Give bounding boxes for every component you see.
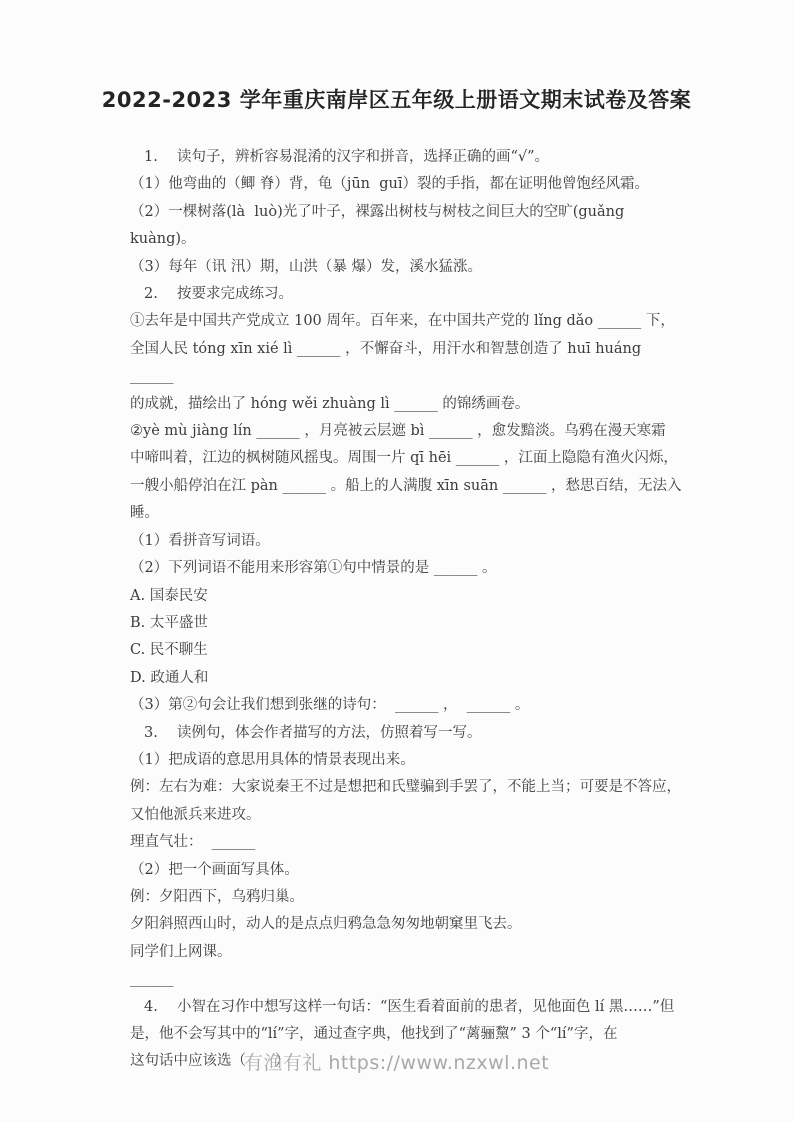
question-1-stem: 1. 读句子，辨析容易混淆的汉字和拼音，选择正确的画“√”。 — [130, 144, 689, 171]
q3-example-1-line-1: 例：左右为难：大家说秦王不过是想把和氏璧骗到手罢了，不能上当；可要是不答应， — [130, 774, 689, 801]
q2-sub-question-2: （2）下列词语不能用来形容第①句中情景的是 ______ 。 — [130, 555, 689, 582]
q2-passage-2-line-4: 睡。 — [130, 500, 689, 527]
q1-item-1: （1）他弯曲的（鲫 脊）背，龟（jūn guī）裂的手指，都在证明他曾饱经风霜。 — [130, 171, 689, 198]
page-title: 2022-2023 学年重庆南岸区五年级上册语文期末试卷及答案 — [0, 0, 793, 114]
watermark-footer: 有渔有礼 https://www.nzxwl.net — [0, 1048, 793, 1075]
question-2-stem: 2. 按要求完成练习。 — [130, 281, 689, 308]
q3-answer-blank-1: 理直气壮： ______ — [130, 829, 689, 856]
question-4-line-1: 4. 小智在习作中想写这样一句话：“医生看着面前的患者，见他面色 lí 黑……”… — [130, 994, 689, 1021]
q2-passage-2-line-1: ②yè mù jiàng lín ______ ，月亮被云层遮 bì _____… — [130, 418, 689, 445]
q3-sub-question-2: （2）把一个画面写具体。 — [130, 857, 689, 884]
q3-sub-question-1: （1）把成语的意思用具体的情景表现出来。 — [130, 747, 689, 774]
q2-passage-2-line-3: 一艘小船停泊在江 pàn ______ 。船上的人满腹 xīn suān ___… — [130, 473, 689, 500]
q3-example-2-expansion: 夕阳斜照西山时，动人的是点点归鸦急急匆匆地朝窠里飞去。 — [130, 911, 689, 938]
question-4-line-2: 是，他不会写其中的“lí”字，通过查字典，他找到了“蓠骊黧” 3 个“lí”字，… — [130, 1021, 689, 1048]
q2-option-d: D. 政通人和 — [130, 665, 689, 692]
q1-item-2: （2）一棵树落(là luò)光了叶子，裸露出树枝与树枝之间巨大的空旷(guǎn… — [130, 199, 689, 254]
q3-example-2: 例：夕阳西下，乌鸦归巢。 — [130, 884, 689, 911]
q1-item-3: （3）每年（讯 汛）期，山洪（暴 爆）发，溪水猛涨。 — [130, 254, 689, 281]
q2-sub-question-3: （3）第②句会让我们想到张继的诗句： ______ ， ______ 。 — [130, 692, 689, 719]
q2-option-b: B. 太平盛世 — [130, 610, 689, 637]
q2-sub-question-1: （1）看拼音写词语。 — [130, 528, 689, 555]
q2-option-c: C. 民不聊生 — [130, 637, 689, 664]
exam-paper-page: 2022-2023 学年重庆南岸区五年级上册语文期末试卷及答案 1. 读句子，辨… — [0, 0, 793, 1122]
q2-option-a: A. 国泰民安 — [130, 583, 689, 610]
q2-passage-1-line-1: ①去年是中国共产党成立 100 周年。百年来，在中国共产党的 lǐng dǎo … — [130, 308, 689, 335]
question-3-stem: 3. 读例句，体会作者描写的方法，仿照着写一写。 — [130, 720, 689, 747]
exam-body: 1. 读句子，辨析容易混淆的汉字和拼音，选择正确的画“√”。 （1）他弯曲的（鲫… — [130, 144, 689, 1076]
q3-answer-blank-2: ______ — [130, 966, 689, 993]
q3-example-1-line-2: 又怕他派兵来进攻。 — [130, 802, 689, 829]
q2-passage-1-line-3: 的成就，描绘出了 hóng wěi zhuàng lì ______ 的锦绣画卷… — [130, 391, 689, 418]
q3-prompt-sentence: 同学们上网课。 — [130, 939, 689, 966]
q2-passage-2-line-2: 中啼叫着，江边的枫树随风摇曳。周围一片 qī hēi ______ ，江面上隐隐… — [130, 445, 689, 472]
q2-passage-1-line-2: 全国人民 tóng xīn xié lì ______ ，不懈奋斗，用汗水和智慧… — [130, 336, 689, 391]
